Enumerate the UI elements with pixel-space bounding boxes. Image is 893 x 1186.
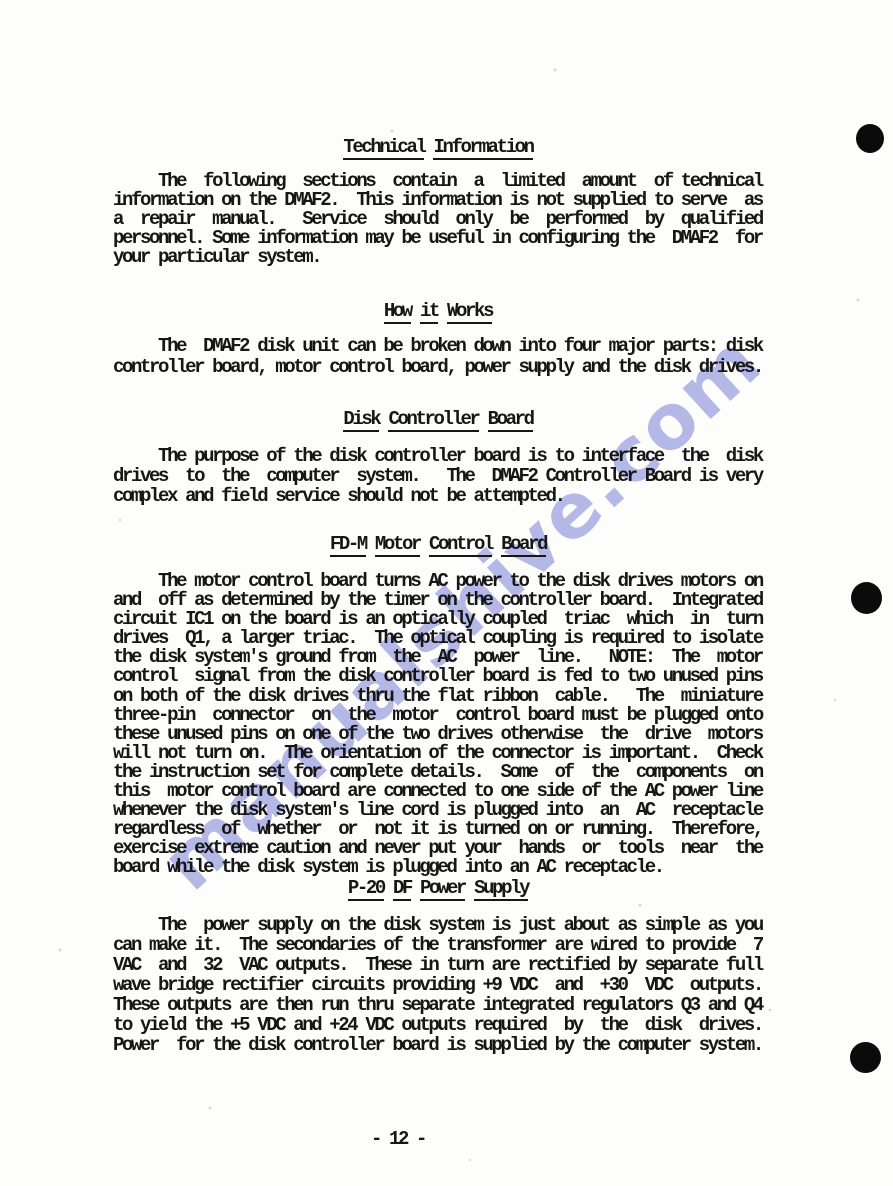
- section-heading-p-20-df-power-supply: P-20 DF Power Supply: [113, 879, 763, 898]
- section-heading-fd-m-motor-control-board: FD-M Motor Control Board: [113, 535, 763, 554]
- section-heading-technical-information: Technical Information: [113, 138, 763, 157]
- scan-hole-dot-middle: [851, 582, 882, 614]
- scan-hole-dot-top: [856, 124, 884, 153]
- scanned-manual-page: manualshive.com Technical Information Th…: [0, 0, 893, 1186]
- section-heading-disk-controller-board: Disk Controller Board: [113, 410, 763, 429]
- section-heading-how-it-works: How it Works: [113, 302, 763, 321]
- page-number: - 12 -: [371, 1130, 425, 1149]
- paragraph-technical-information: The following sections contain a limited…: [113, 172, 762, 267]
- paragraph-how-it-works: The DMAF2 disk unit can be broken down i…: [113, 336, 762, 378]
- paragraph-disk-controller-board: The purpose of the disk controller board…: [113, 446, 762, 506]
- paragraph-p-20-df-power-supply: The power supply on the disk system is j…: [113, 915, 762, 1055]
- paragraph-fd-m-motor-control-board: The motor control board turns AC power t…: [113, 572, 762, 878]
- scan-hole-dot-bottom: [850, 1042, 881, 1073]
